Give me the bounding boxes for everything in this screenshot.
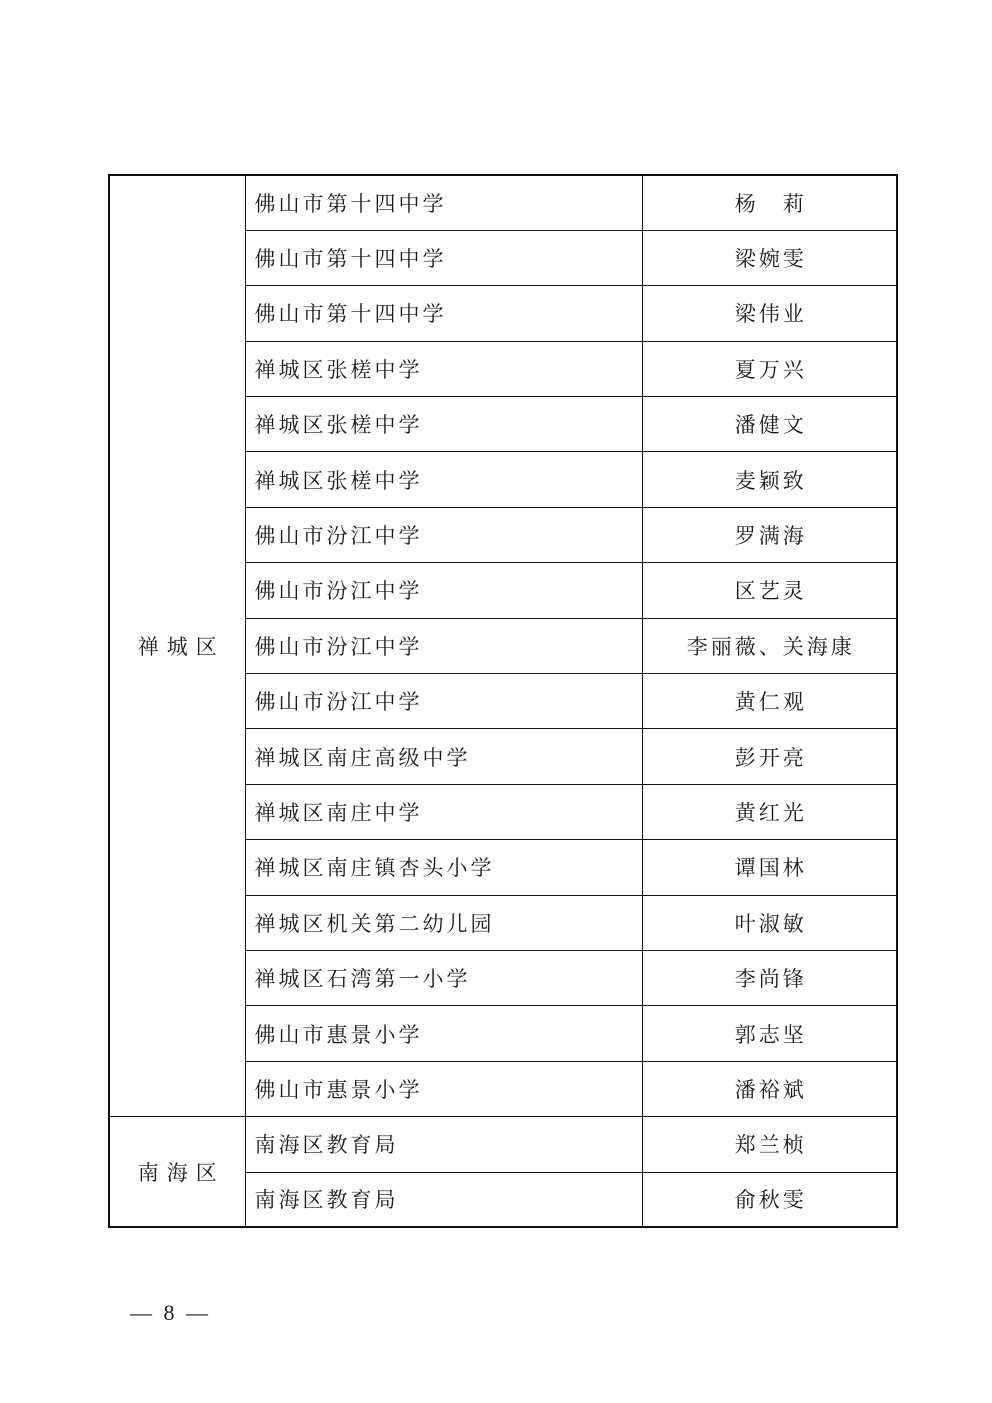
person-name-cell: 潘裕斌 bbox=[642, 1061, 897, 1116]
person-name-cell: 郭志坚 bbox=[642, 1006, 897, 1061]
person-name-cell: 叶淑敏 bbox=[642, 895, 897, 950]
school-cell: 佛山市第十四中学 bbox=[245, 175, 642, 230]
person-name-cell: 李丽薇、关海康 bbox=[642, 618, 897, 673]
region-cell: 禅城区 bbox=[109, 175, 245, 1117]
person-name-cell: 夏万兴 bbox=[642, 341, 897, 396]
person-name-cell: 黄红光 bbox=[642, 784, 897, 839]
school-cell: 佛山市第十四中学 bbox=[245, 230, 642, 285]
school-cell: 南海区教育局 bbox=[245, 1117, 642, 1172]
school-cell: 佛山市汾江中学 bbox=[245, 507, 642, 562]
person-name-cell: 梁伟业 bbox=[642, 286, 897, 341]
table-row: 禅城区佛山市第十四中学杨 莉 bbox=[109, 175, 897, 230]
person-name-cell: 黄仁观 bbox=[642, 674, 897, 729]
person-name-cell: 李尚锋 bbox=[642, 950, 897, 1005]
person-name-cell: 郑兰桢 bbox=[642, 1117, 897, 1172]
school-cell: 禅城区张槎中学 bbox=[245, 397, 642, 452]
table-row: 南海区南海区教育局郑兰桢 bbox=[109, 1117, 897, 1172]
person-name-cell: 麦颖致 bbox=[642, 452, 897, 507]
school-cell: 禅城区南庄中学 bbox=[245, 784, 642, 839]
school-cell: 佛山市汾江中学 bbox=[245, 674, 642, 729]
school-name-table: 禅城区佛山市第十四中学杨 莉佛山市第十四中学梁婉雯佛山市第十四中学梁伟业禅城区张… bbox=[108, 174, 898, 1228]
school-cell: 佛山市汾江中学 bbox=[245, 563, 642, 618]
person-name-cell: 潘健文 bbox=[642, 397, 897, 452]
school-cell: 禅城区南庄高级中学 bbox=[245, 729, 642, 784]
school-name-table-body: 禅城区佛山市第十四中学杨 莉佛山市第十四中学梁婉雯佛山市第十四中学梁伟业禅城区张… bbox=[109, 175, 897, 1227]
school-cell: 禅城区张槎中学 bbox=[245, 341, 642, 396]
school-cell: 佛山市惠景小学 bbox=[245, 1006, 642, 1061]
school-cell: 佛山市惠景小学 bbox=[245, 1061, 642, 1116]
person-name-cell: 俞秋雯 bbox=[642, 1172, 897, 1227]
school-cell: 佛山市汾江中学 bbox=[245, 618, 642, 673]
school-cell: 禅城区石湾第一小学 bbox=[245, 950, 642, 1005]
school-cell: 禅城区南庄镇杏头小学 bbox=[245, 840, 642, 895]
person-name-cell: 谭国林 bbox=[642, 840, 897, 895]
person-name-cell: 彭开亮 bbox=[642, 729, 897, 784]
person-name-cell: 梁婉雯 bbox=[642, 230, 897, 285]
page-number: — 8 — bbox=[130, 1300, 211, 1326]
region-cell: 南海区 bbox=[109, 1117, 245, 1228]
school-cell: 禅城区张槎中学 bbox=[245, 452, 642, 507]
person-name-cell: 罗满海 bbox=[642, 507, 897, 562]
school-cell: 佛山市第十四中学 bbox=[245, 286, 642, 341]
person-name-cell: 杨 莉 bbox=[642, 175, 897, 230]
person-name-cell: 区艺灵 bbox=[642, 563, 897, 618]
school-cell: 禅城区机关第二幼儿园 bbox=[245, 895, 642, 950]
school-cell: 南海区教育局 bbox=[245, 1172, 642, 1227]
